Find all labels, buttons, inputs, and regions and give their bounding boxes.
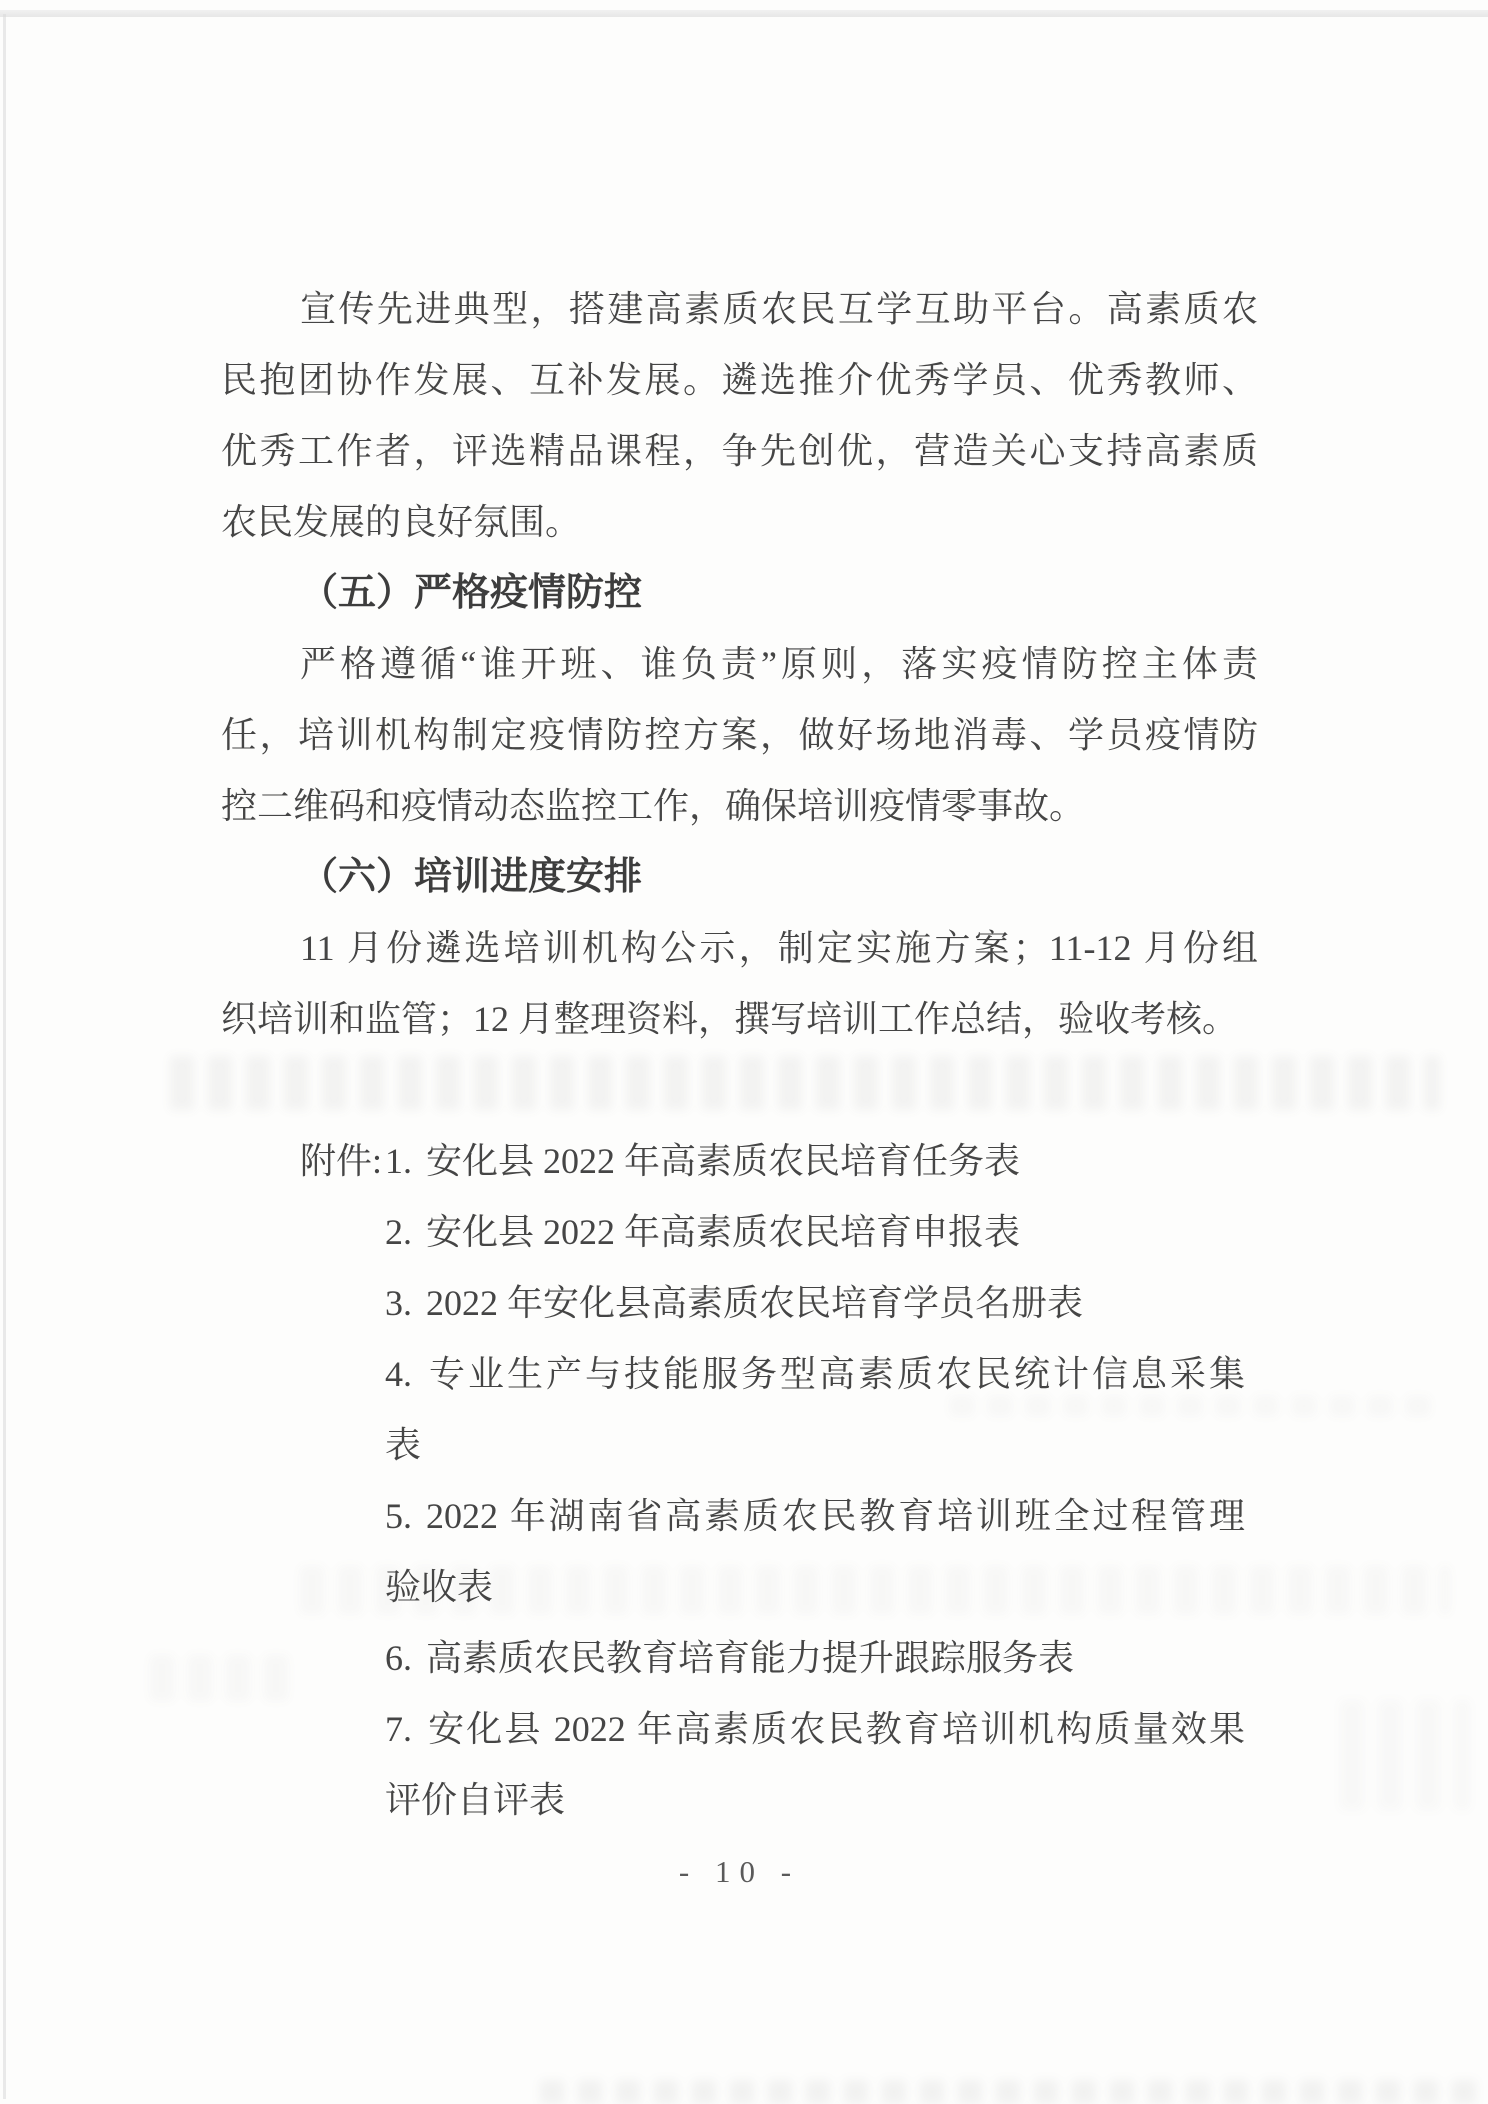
attachment-item-text: 评价自评表 [385,1780,565,1820]
paragraph-epidemic-control: 严格遵循“谁开班、谁负责”原则，落实疫情防控主体责 任，培训机构制定疫情防控方案… [221,629,1258,842]
attachment-item-continuation: 验收表 [385,1552,1245,1623]
bleed-through-smudge [1340,1700,1470,1810]
body-text-line: 控二维码和疫情动态监控工作，确保培训疫情零事故。 [221,771,1258,842]
attachment-item-line: 4.专业生产与技能服务型高素质农民统计信息采集 [385,1339,1245,1410]
body-text-line: 织培训和监管；12 月整理资料，撰写培训工作总结，验收考核。 [221,984,1258,1055]
attachment-item-line: 2.安化县 2022 年高素质农民培育申报表 [385,1197,1245,1268]
attachment-item-number: 1. [385,1141,412,1181]
attachment-item-text: 2022 年安化县高素质农民培育学员名册表 [426,1283,1083,1323]
scan-edge-line [3,14,6,2099]
attachment-item-text: 安化县 2022 年高素质农民教育培训机构质量效果 [426,1709,1245,1749]
attachment-item-line: 7.安化县 2022 年高素质农民教育培训机构质量效果 [385,1694,1245,1765]
attachment-item-text: 表 [385,1425,421,1465]
document-content: 宣传先进典型，搭建高素质农民互学互助平台。高素质农 民抱团协作发展、互补发展。遴… [221,274,1258,1907]
attachment-item-text: 验收表 [385,1567,493,1607]
attachment-item-text: 高素质农民教育培育能力提升跟踪服务表 [426,1638,1074,1678]
body-text-line: 11 月份遴选培训机构公示，制定实施方案；11-12 月份组 [221,913,1258,984]
attachment-item-number: 6. [385,1638,412,1678]
attachment-item-number: 2. [385,1212,412,1252]
paragraph-training-schedule: 11 月份遴选培训机构公示，制定实施方案；11-12 月份组 织培训和监管；12… [221,913,1258,1055]
attachments-block: 附件: 1.安化县 2022 年高素质农民培育任务表 2.安化县 2022 年高… [221,1126,1258,1836]
blank-line [221,1055,1258,1126]
attachment-item-text: 安化县 2022 年高素质农民培育申报表 [426,1212,1020,1252]
page-number: - 10 - [221,1836,1258,1907]
attachment-item-text: 2022 年湖南省高素质农民教育培训班全过程管理 [426,1496,1245,1536]
body-text-line: 严格遵循“谁开班、谁负责”原则，落实疫情防控主体责 [221,629,1258,700]
attachments-label: 附件: [300,1126,382,1197]
attachment-item-number: 3. [385,1283,412,1323]
attachment-item-line: 1.安化县 2022 年高素质农民培育任务表 [385,1126,1245,1197]
section-heading-training-schedule: （六）培训进度安排 [300,842,1258,913]
document-page: 宣传先进典型，搭建高素质农民互学互助平台。高素质农 民抱团协作发展、互补发展。遴… [0,0,1488,2104]
attachment-item-text: 专业生产与技能服务型高素质农民统计信息采集 [426,1354,1245,1394]
body-text-line: 任，培训机构制定疫情防控方案，做好场地消毒、学员疫情防 [221,700,1258,771]
paragraph-publicity: 宣传先进典型，搭建高素质农民互学互助平台。高素质农 民抱团协作发展、互补发展。遴… [221,274,1258,558]
attachment-item-line: 5.2022 年湖南省高素质农民教育培训班全过程管理 [385,1481,1245,1552]
attachment-item-line: 3.2022 年安化县高素质农民培育学员名册表 [385,1268,1245,1339]
attachment-item-text: 安化县 2022 年高素质农民培育任务表 [426,1141,1020,1181]
bleed-through-smudge [540,2080,1488,2104]
attachment-item-continuation: 评价自评表 [385,1765,1245,1836]
attachment-item-number: 7. [385,1709,412,1749]
scan-edge-band [0,10,1488,17]
section-heading-epidemic-control: （五）严格疫情防控 [300,558,1258,629]
attachment-item-number: 4. [385,1354,412,1394]
body-text-line: 宣传先进典型，搭建高素质农民互学互助平台。高素质农 [221,274,1258,345]
body-text-line: 民抱团协作发展、互补发展。遴选推介优秀学员、优秀教师、 [221,345,1258,416]
body-text-line: 优秀工作者，评选精品课程，争先创优，营造关心支持高素质 [221,416,1258,487]
body-text-line: 农民发展的良好氛围。 [221,487,1258,558]
attachment-item-number: 5. [385,1496,412,1536]
attachment-item-line: 6.高素质农民教育培育能力提升跟踪服务表 [385,1623,1245,1694]
attachment-item-continuation: 表 [385,1410,1245,1481]
